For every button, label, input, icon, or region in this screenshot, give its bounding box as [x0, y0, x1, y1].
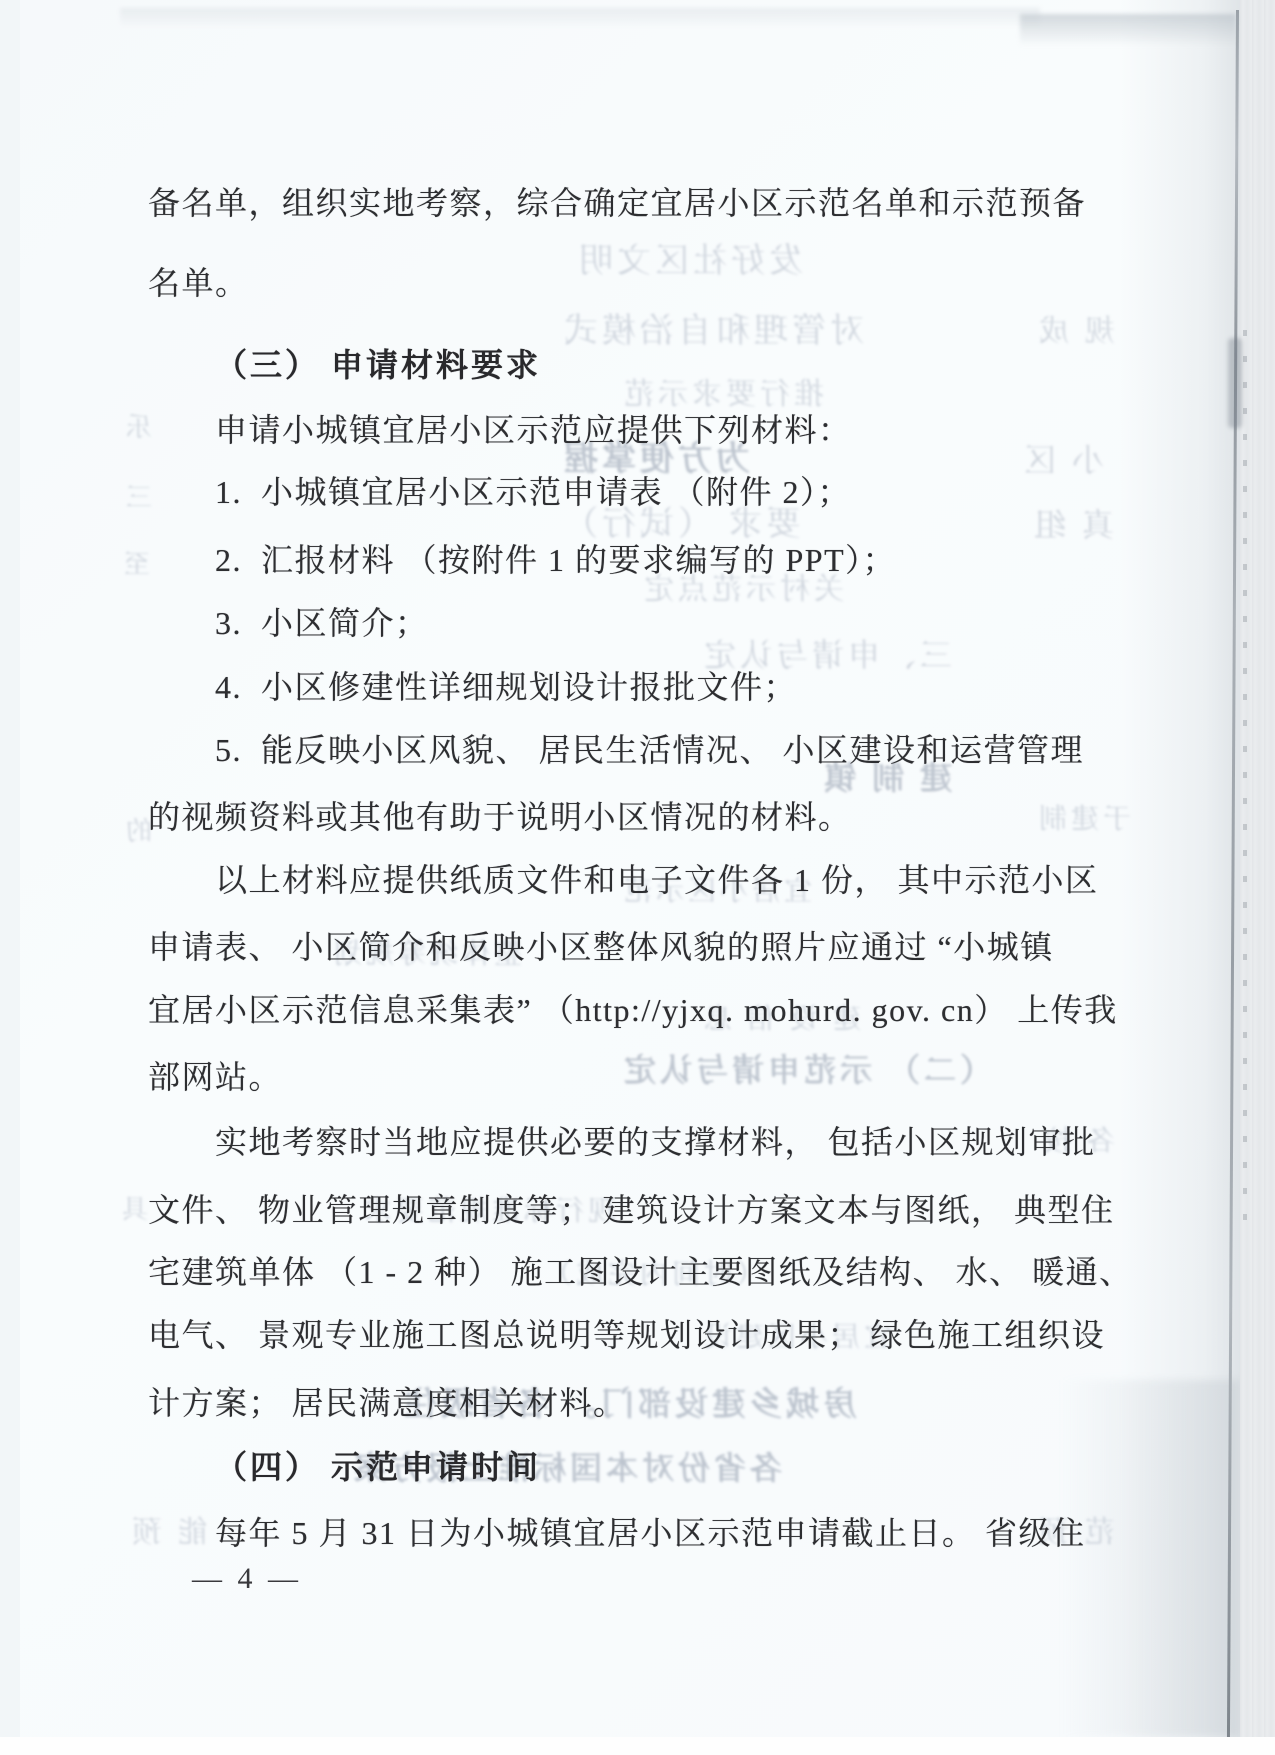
top-edge-shadow: [1020, 14, 1236, 46]
top-edge-shadow-soft: [120, 8, 1040, 28]
text-line: 4. 小区修建性详细规划设计报批文件；: [215, 667, 797, 707]
text-line: 申请表、 小区简介和反映小区整体风貌的照片应通过 “小城镇: [148, 927, 1054, 967]
text-line: 申请小城镇宜居小区示范应提供下列材料：: [215, 410, 852, 450]
fold-shadow-bottom: [1060, 1380, 1240, 1737]
scan-left-margin: [0, 0, 20, 1737]
text-line: 以上材料应提供纸质文件和电子文件各 1 份， 其中示范小区: [215, 860, 1099, 900]
binding-dashes: [1243, 330, 1247, 1230]
text-line: 部网站。: [148, 1057, 282, 1097]
scan-bottom-margin: [0, 1737, 1275, 1755]
text-line: 2. 汇报材料 （按附件 1 的要求编写的 PPT）；: [215, 540, 896, 580]
section-heading-4: （四） 示范申请时间: [215, 1447, 541, 1487]
bleed-through-text: 规 成: [1035, 312, 1115, 352]
section-heading-3: （三） 申请材料要求: [215, 345, 541, 385]
text-line: 电气、 景观专业施工图总说明等规划设计成果； 绿色施工组织设: [148, 1315, 1105, 1355]
text-line: 每年 5 月 31 日为小城镇宜居小区示范申请截止日。 省级住: [215, 1513, 1086, 1553]
text-line: 备名单，组织实地考察，综合确定宜居小区示范名单和示范预备: [148, 183, 1086, 223]
text-line: 3. 小区简介；: [215, 603, 429, 643]
text-line: 的视频资料或其他有助于说明小区情况的材料。: [148, 797, 852, 837]
text-line: 5. 能反映小区风貌、 居民生活情况、 小区建设和运营管理: [215, 730, 1084, 770]
bleed-through-text: （二） 示范申请与认定: [620, 1050, 992, 1090]
text-line: 文件、 物业管理规章制度等； 建筑设计方案文本与图纸， 典型住: [148, 1190, 1115, 1230]
bleed-through-text: 发好社区文明: [575, 242, 803, 282]
text-line: 名单。: [148, 263, 249, 303]
bleed-through-text: 具: [118, 1190, 148, 1230]
fold-smudge-mark: [1228, 338, 1242, 428]
bleed-through-text: 于建制: [1035, 800, 1131, 840]
bleed-through-text: 至: [120, 545, 150, 585]
text-line: 宅建筑单体 （1 - 2 种） 施工图设计主要图纸及结构、 水、 暖通、: [148, 1252, 1133, 1292]
text-line: 实地考察时当地应提供必要的支撑材料， 包括小区规划审批: [215, 1122, 1096, 1162]
bleed-through-text: 真 组: [1030, 505, 1114, 545]
text-line: 1. 小城镇宜居小区示范申请表 （附件 2）；: [215, 472, 851, 512]
bleed-through-text: 小 区: [1020, 440, 1104, 480]
text-line: 宜居小区示范信息采集表” （http://yjxq. mohurd. gov. …: [148, 990, 1118, 1030]
scanned-document-page: 发好社区文明对管理和自治模式规 成推行要求示范为方便掌握小 区要求 （试行）真 …: [0, 0, 1275, 1755]
bleed-through-text: 推行要求示范: [620, 375, 824, 415]
bleed-through-text: 三: [122, 478, 152, 518]
bleed-through-text: 对管理和自治模式: [560, 312, 864, 352]
bleed-through-text: 乐: [122, 408, 152, 448]
text-line: 计方案； 居民满意度相关材料。: [148, 1383, 627, 1423]
page-number: — 4 —: [192, 1562, 302, 1596]
bleed-through-text: 能 预: [128, 1513, 208, 1553]
